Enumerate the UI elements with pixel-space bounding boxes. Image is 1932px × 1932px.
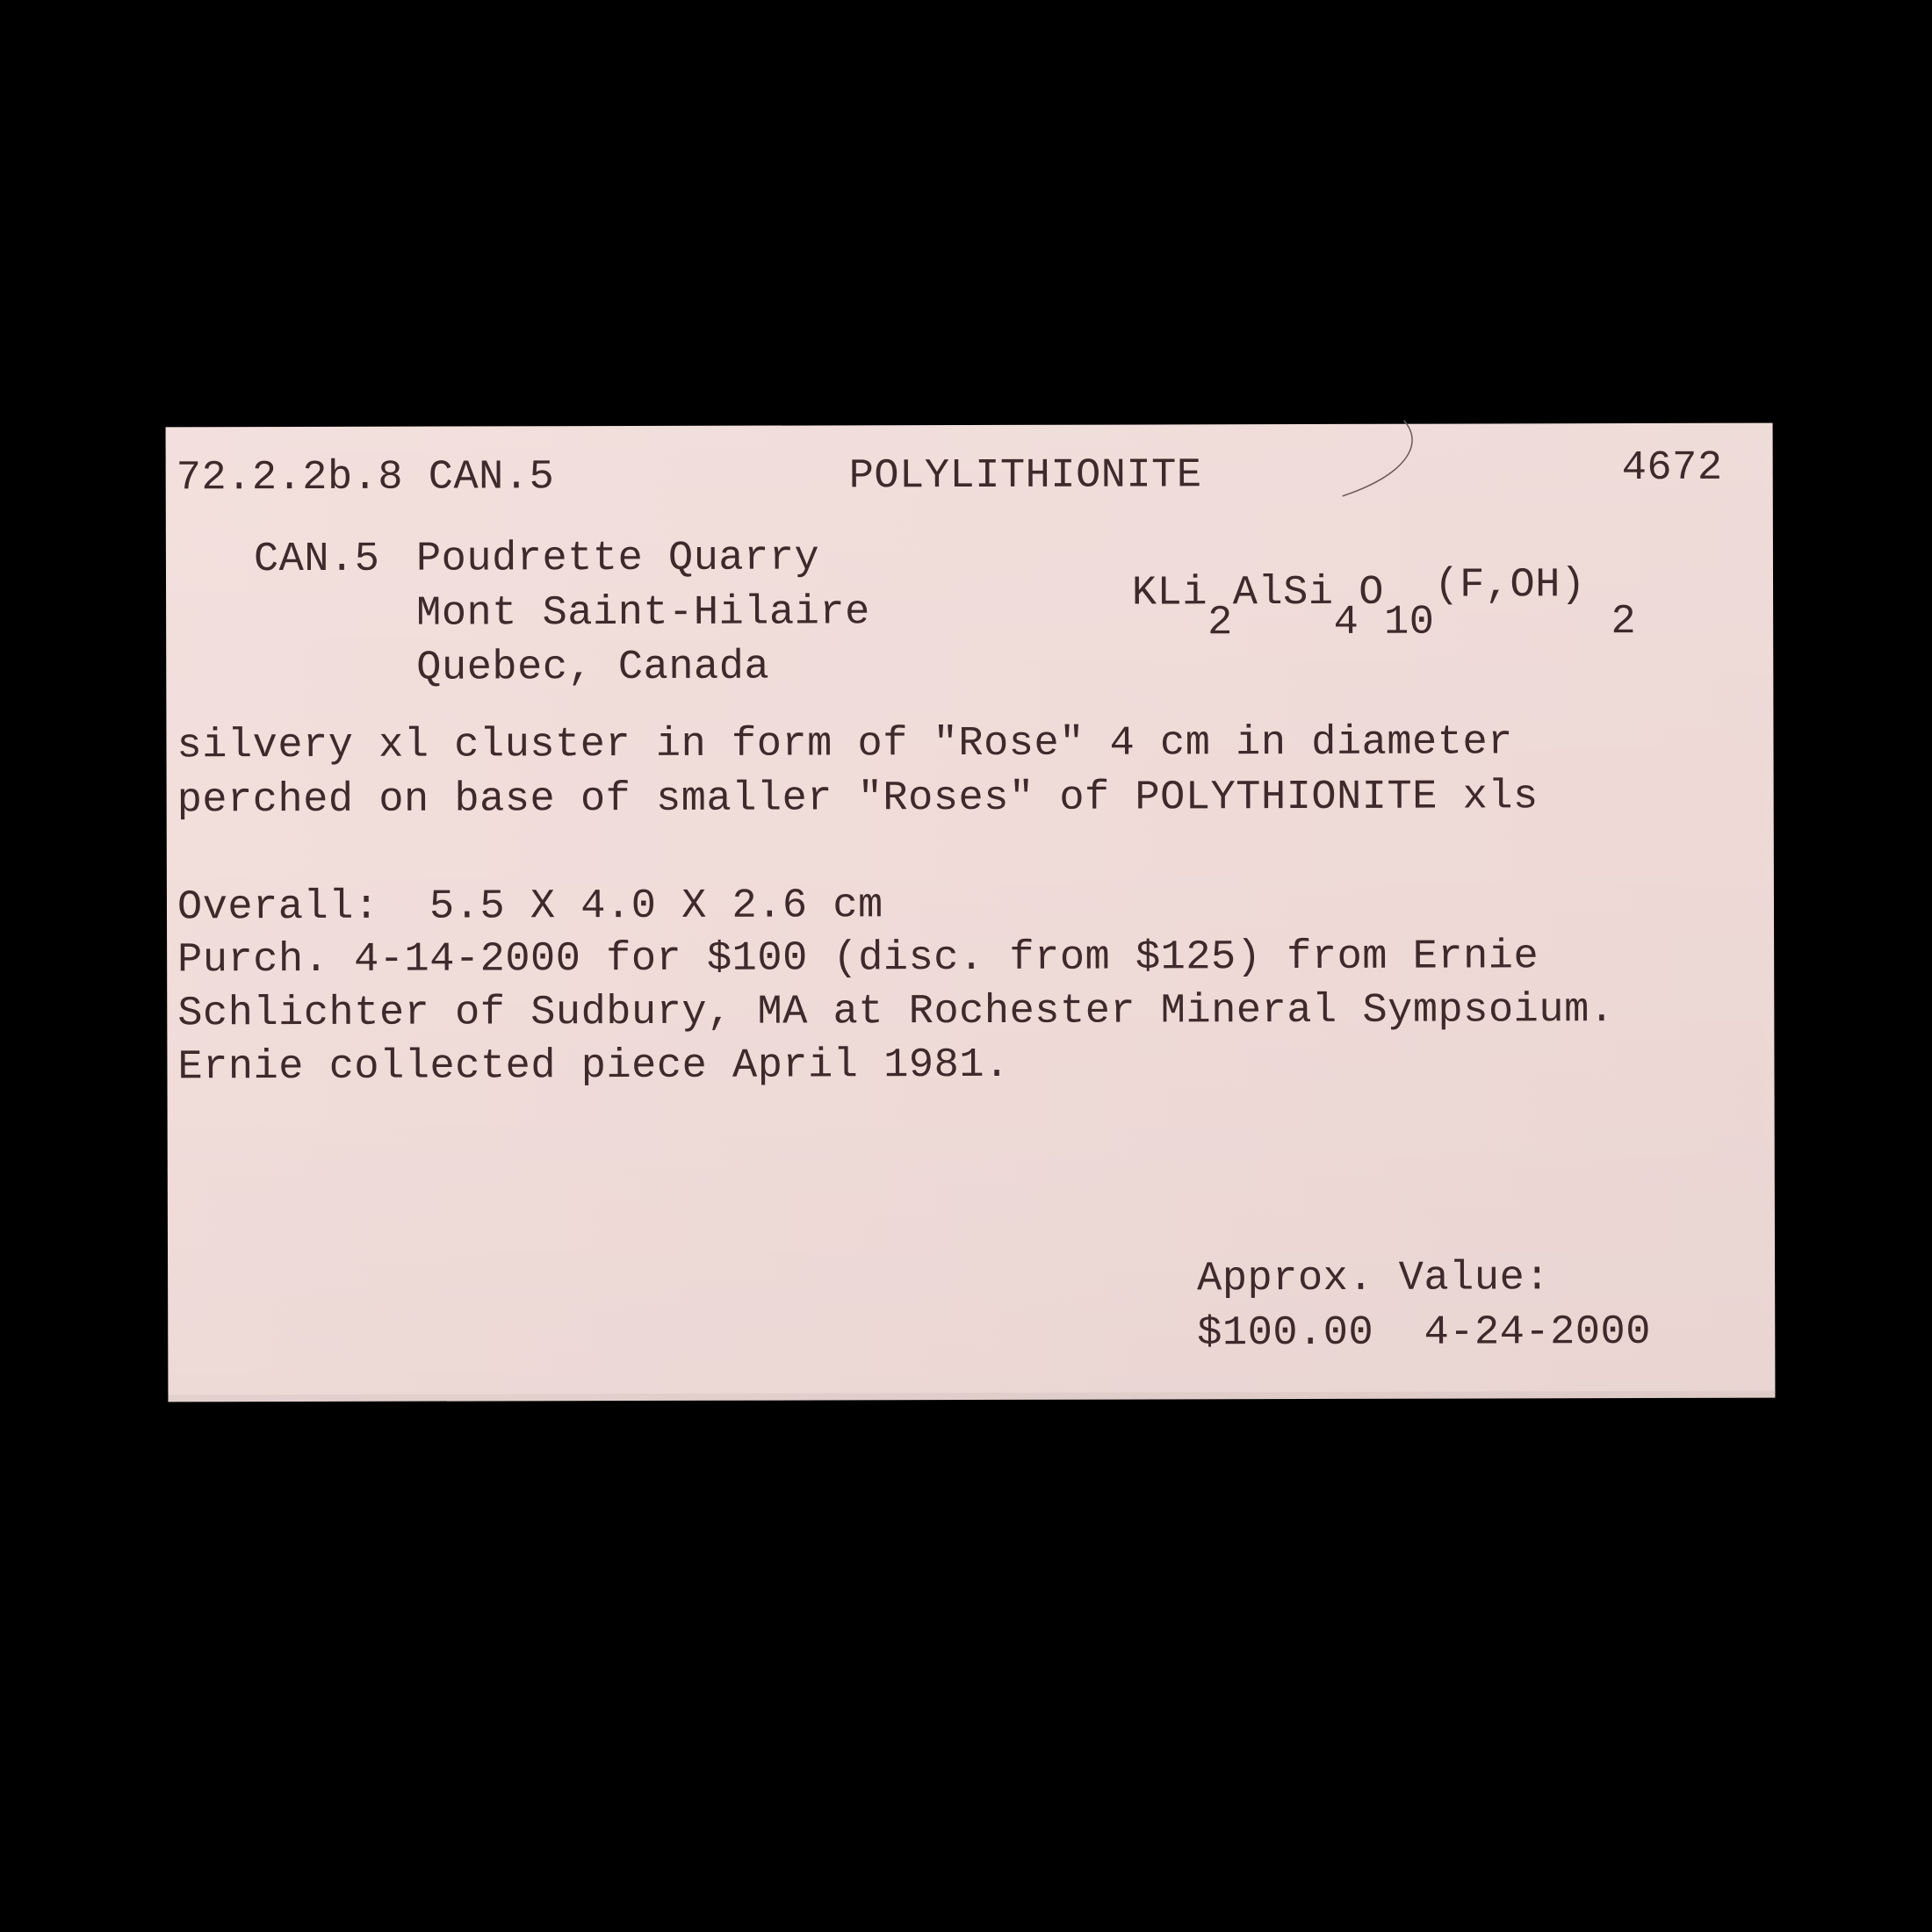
locality-line: Quebec, Canada — [416, 647, 769, 689]
pencil-mark — [1272, 419, 1448, 499]
approx-value: $100.00 4-24-2000 — [1197, 1312, 1651, 1354]
approx-value-label: Approx. Value: — [1197, 1258, 1550, 1300]
mineral-name: POLYLITHIONITE — [849, 455, 1202, 497]
formula-part: O — [1359, 570, 1384, 616]
purchase-note-line: Schlichter of Sudbury, MA at Rochester M… — [177, 990, 1614, 1034]
description-line: perched on base of smaller "Roses" of PO… — [177, 776, 1539, 821]
locality-code: CAN.5 — [254, 539, 380, 580]
purchase-note-line: Ernie collected piece April 1981. — [177, 1045, 1009, 1088]
formula-part: KLi — [1132, 570, 1207, 616]
description-line: silvery xl cluster in form of "Rose" 4 c… — [177, 722, 1512, 767]
chemical-formula: KLi2AlSi4O10(F,OH) 2 — [1031, 530, 1636, 656]
formula-subscript: 2 — [1207, 600, 1233, 646]
overall-dimensions: Overall: 5.5 X 4.0 X 2.6 cm — [177, 885, 883, 928]
formula-part: AlSi — [1233, 570, 1334, 616]
locality-line: Mont Saint-Hilaire — [416, 592, 870, 634]
purchase-note-line: Purch. 4-14-2000 for $100 (disc. from $1… — [177, 936, 1539, 981]
formula-subscript: 4 — [1334, 600, 1359, 646]
locality-line: Poudrette Quarry — [416, 537, 819, 580]
formula-subscript: 2 — [1611, 599, 1636, 645]
formula-part: (F,OH) — [1434, 562, 1585, 609]
specimen-label-card: 72.2.2b.8 CAN.5 POLYLITHIONITE 4672 CAN.… — [166, 423, 1776, 1402]
catalog-code: 72.2.2b.8 CAN.5 — [177, 457, 555, 499]
formula-subscript: 10 — [1384, 600, 1435, 646]
specimen-number: 4672 — [1622, 448, 1723, 489]
